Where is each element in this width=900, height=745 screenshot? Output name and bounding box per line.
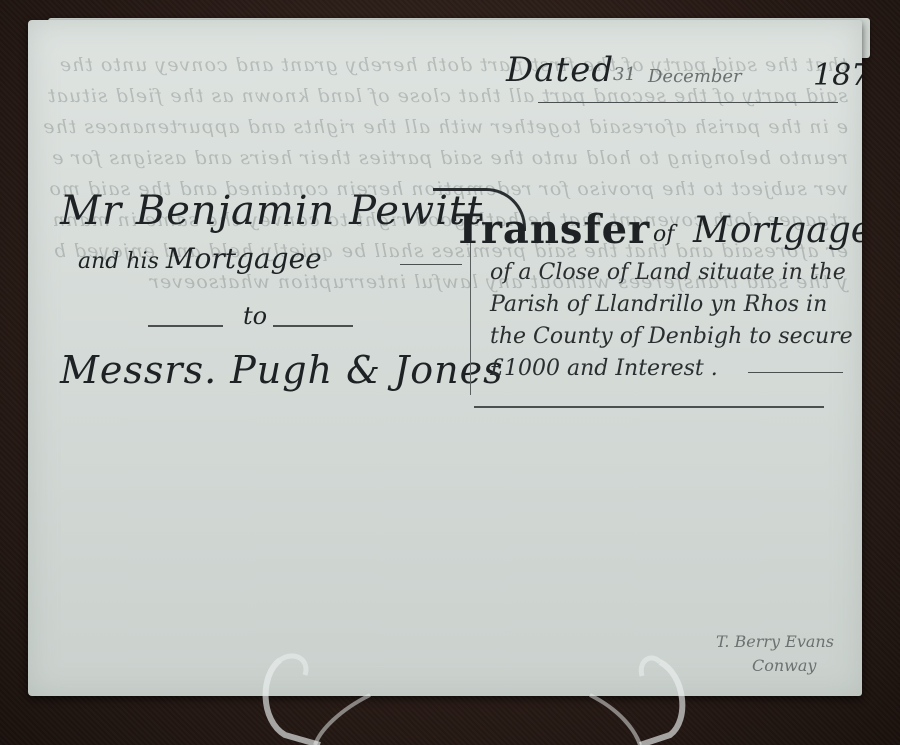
party-from-role-prefix: and his <box>78 249 159 274</box>
dated-year: 187 <box>813 58 862 93</box>
description-line-3: the County of Denbigh to secure <box>490 324 853 349</box>
description-bottom-rule <box>474 406 824 408</box>
party-from-role: and his Mortgagee <box>78 242 322 275</box>
dated-label: Dated <box>506 50 614 90</box>
deed-title-mortgage: Mortgage <box>693 210 862 251</box>
description-line-4: £1000 and Interest . <box>490 356 718 381</box>
party-from-name: Mr Benjamin Pewitt <box>60 188 483 234</box>
description-line-1: of a Close of Land situate in the <box>490 260 846 285</box>
deed-document: that the said party of the first part do… <box>28 20 862 696</box>
date-underline <box>538 102 838 103</box>
description-end-rule <box>748 372 843 373</box>
solicitor-name: T. Berry Evans <box>716 632 834 651</box>
to-rule-left <box>148 325 223 327</box>
description-line-2: Parish of Llandrillo yn Rhos in <box>490 292 827 317</box>
to-rule-right <box>273 325 353 327</box>
party-from-role-title: Mortgagee <box>166 242 322 275</box>
connector-to: to <box>243 302 267 330</box>
deed-title-transfer: Transfer <box>453 206 650 253</box>
solicitor-place: Conway <box>752 656 816 675</box>
dated-day: 31 <box>613 64 636 85</box>
dated-month: December <box>648 66 742 87</box>
vertical-divider <box>470 235 471 395</box>
party-from-rule <box>400 264 462 265</box>
deed-title-of: of <box>653 222 674 247</box>
party-to-name: Messrs. Pugh & Jones <box>60 348 504 392</box>
